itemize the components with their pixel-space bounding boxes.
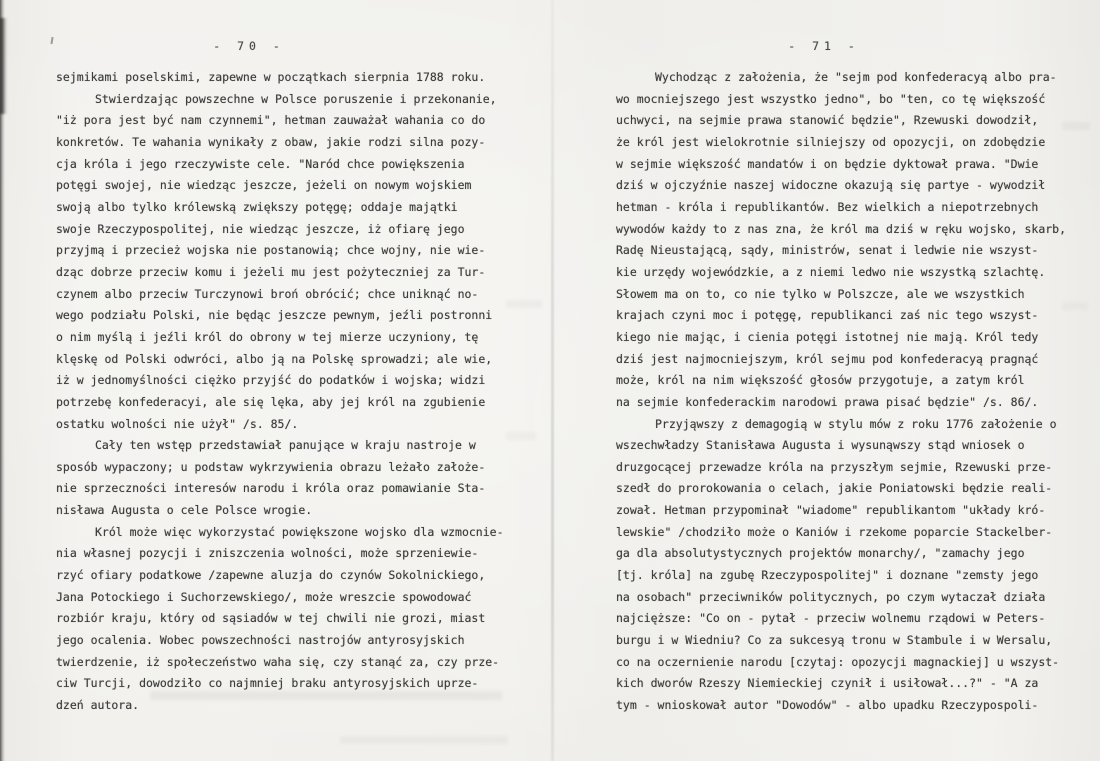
text-line: może, król na nim większość głosów przyg…	[616, 370, 1076, 392]
text-line: sejmikami poselskimi, zapewne w początka…	[56, 67, 518, 89]
text-line: tym - wnioskował autor "Dowodów" - albo …	[616, 695, 1076, 717]
page-fold-line	[551, 0, 554, 761]
text-line: cja króla i jego rzeczywiste cele. "Naró…	[56, 154, 518, 176]
text-line: ga dla absolutystycznych projektów monar…	[616, 543, 1076, 565]
text-line: Przyjąwszy z demagogią w stylu mów z rok…	[616, 414, 1076, 436]
text-line: hetman - króla i republikantów. Bez wiel…	[616, 197, 1076, 219]
text-line: szedł do prorokowania o celach, jakie Po…	[616, 478, 1076, 500]
page-text: sejmikami poselskimi, zapewne w początka…	[56, 67, 518, 717]
text-line: krajach czyni moc i potęgę, republikanci…	[616, 305, 1076, 327]
text-line: [tj. króla] na zgubę Rzeczypospolitej" i…	[616, 565, 1076, 587]
text-line: kiego nie mając, i cienia potęgi istotne…	[616, 327, 1076, 349]
text-line: przyjmą i przecież wojska nie postanowią…	[56, 240, 518, 262]
text-line: na sejmie konfederackim narodowi prawa p…	[616, 392, 1076, 414]
text-line: ostatku wolności nie użył" /s. 85/.	[56, 414, 518, 436]
text-line: dziś w ojczyźnie naszej widoczne okazują…	[616, 175, 1076, 197]
text-line: druzgocącej przewadze króla na przyszłym…	[616, 457, 1076, 479]
text-line: na osobach" przeciwników politycznych, p…	[616, 587, 1076, 609]
text-line: kich dworów Rzeszy Niemieckiej czynił i …	[616, 673, 1076, 695]
page-text: Wychodząc z założenia, że "sejm pod konf…	[616, 67, 1076, 717]
text-line: w sejmie większość mandatów i on będzie …	[616, 154, 1076, 176]
text-line: klęskę od Polski odwróci, albo ją na Pol…	[56, 349, 518, 371]
text-line: nie sprzeczności interesów narodu i król…	[56, 478, 518, 500]
text-line: o nim myślą i jeźli król do obrony w tej…	[56, 327, 518, 349]
text-line: swoje Rzeczypospolitej, nie wiedząc jesz…	[56, 219, 518, 241]
scan-edge-artifact	[0, 0, 5, 761]
text-line: rozbiór kraju, który od sąsiadów w tej c…	[56, 608, 518, 630]
text-line: czynem albo przeciw Turczynowi broń obró…	[56, 284, 518, 306]
text-line: dzeń autora.	[56, 695, 518, 717]
text-line: wywodów każdy to z nas zna, że król ma d…	[616, 219, 1076, 241]
text-line: sposób wypaczony; u podstaw wykrzywienia…	[56, 457, 518, 479]
text-line: dziś jest najmocniejszym, król sejmu pod…	[616, 349, 1076, 371]
text-line: że król jest wielokrotnie silniejszy od …	[616, 132, 1076, 154]
text-line: Jana Potockiego i Suchorzewskiego/, może…	[56, 587, 518, 609]
text-line: iż w jednomyślności ciężko przyjść do po…	[56, 370, 518, 392]
text-line: wego podziału Polski, nie będąc jeszcze …	[56, 305, 518, 327]
text-line: nia własnej pozycji i zniszczenia wolnoś…	[56, 543, 518, 565]
page-71: - 71 - Wychodząc z założenia, że "sejm p…	[616, 36, 1076, 717]
text-line: swoją albo tylko królewską zwiększy potę…	[56, 197, 518, 219]
text-line: ciw Turcji, dowodziło co najmniej braku …	[56, 673, 518, 695]
text-line: Cały ten wstęp przedstawiał panujące w k…	[56, 435, 518, 457]
text-line: potęgi swojej, nie wiedząc jeszcze, jeże…	[56, 175, 518, 197]
page-number: - 70 -	[18, 36, 480, 58]
text-line: jego ocalenia. Wobec powszechności nastr…	[56, 630, 518, 652]
text-line: Wychodząc z założenia, że "sejm pod konf…	[616, 67, 1076, 89]
text-line: Król może więc wykorzystać powiększone w…	[56, 522, 518, 544]
text-line: kie urzędy wojewódzkie, a z niemi ledwo …	[616, 262, 1076, 284]
text-line: uchwyci, na sejmie prawa stanowić będzie…	[616, 110, 1076, 132]
text-line: Słowem ma on to, co nie tylko w Polszcze…	[616, 284, 1076, 306]
text-line: twierdzenie, iż społeczeństwo waha się, …	[56, 652, 518, 674]
text-line: Stwierdzając powszechne w Polsce porusze…	[56, 89, 518, 111]
text-line: co na oczernienie narodu [czytaj: opozyc…	[616, 652, 1076, 674]
text-line: nisława Augusta o cele Polsce wrogie.	[56, 500, 518, 522]
text-line: lewskie" /chodziło może o Kaniów i rzeko…	[616, 522, 1076, 544]
text-line: Radę Nieustającą, sądy, ministrów, senat…	[616, 240, 1076, 262]
text-line: burgu i w Wiedniu? Co za sukcesyą tronu …	[616, 630, 1076, 652]
text-line: zował. Hetman przypominał "wiadome" repu…	[616, 500, 1076, 522]
text-line: dząc dobrze przeciw komu i jeżeli mu jes…	[56, 262, 518, 284]
text-line: najcięższe: "Co on - pytał - przeciw wol…	[616, 608, 1076, 630]
page-number: - 71 -	[594, 36, 1054, 58]
text-line: konkretów. Te wahania wynikały z obaw, j…	[56, 132, 518, 154]
text-line: potrzebę konfederacyi, ale się lęka, aby…	[56, 392, 518, 414]
scan-edge-artifact	[0, 18, 7, 114]
bleed-through-ghost-text	[340, 736, 508, 744]
page-70: - 70 - sejmikami poselskimi, zapewne w p…	[56, 36, 518, 717]
text-line: rzyć ofiary podatkowe /zapewne aluzja do…	[56, 565, 518, 587]
text-line: wszechwładzy Stanisława Augusta i wysuną…	[616, 435, 1076, 457]
text-line: wo mocniejszego jest wszystko jedno", bo…	[616, 89, 1076, 111]
text-line: "iż pora jest być nam czynnemi", hetman …	[56, 110, 518, 132]
